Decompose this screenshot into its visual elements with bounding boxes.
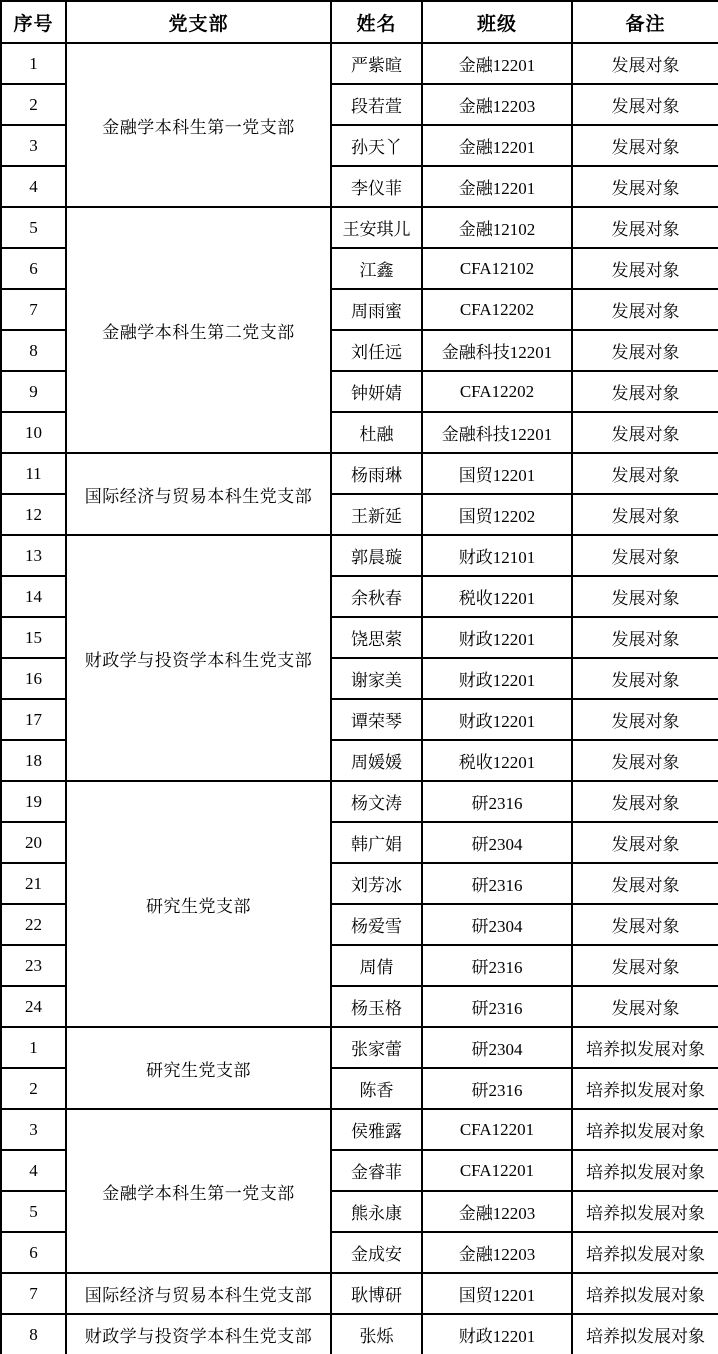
row-number-cell: 21	[1, 863, 66, 904]
row-number-cell: 5	[1, 1191, 66, 1232]
class-cell: CFA12202	[422, 371, 572, 412]
remark-cell: 发展对象	[572, 330, 718, 371]
row-number-cell: 1	[1, 43, 66, 84]
remark-cell: 发展对象	[572, 248, 718, 289]
table-row: 3金融学本科生第一党支部侯雅露CFA12201培养拟发展对象	[1, 1109, 718, 1150]
remark-cell: 发展对象	[572, 699, 718, 740]
row-number-cell: 16	[1, 658, 66, 699]
table-row: 11国际经济与贸易本科生党支部杨雨琳国贸12201发展对象	[1, 453, 718, 494]
branch-cell: 研究生党支部	[66, 781, 331, 1027]
table-body: 1金融学本科生第一党支部严紫暄金融12201发展对象2段若萱金融12203发展对…	[1, 43, 718, 1354]
name-cell: 张烁	[331, 1314, 422, 1354]
name-cell: 周雨蜜	[331, 289, 422, 330]
branch-cell: 金融学本科生第一党支部	[66, 1109, 331, 1273]
remark-cell: 发展对象	[572, 740, 718, 781]
class-cell: 金融12201	[422, 166, 572, 207]
name-cell: 金睿菲	[331, 1150, 422, 1191]
class-cell: CFA12202	[422, 289, 572, 330]
class-cell: 财政12101	[422, 535, 572, 576]
name-cell: 饶思萦	[331, 617, 422, 658]
remark-cell: 培养拟发展对象	[572, 1232, 718, 1273]
class-cell: 研2316	[422, 986, 572, 1027]
remark-cell: 发展对象	[572, 781, 718, 822]
header-class: 班级	[422, 1, 572, 43]
class-cell: 研2304	[422, 904, 572, 945]
row-number-cell: 22	[1, 904, 66, 945]
name-cell: 杨玉格	[331, 986, 422, 1027]
row-number-cell: 7	[1, 1273, 66, 1314]
remark-cell: 培养拟发展对象	[572, 1273, 718, 1314]
remark-cell: 发展对象	[572, 986, 718, 1027]
remark-cell: 培养拟发展对象	[572, 1109, 718, 1150]
header-branch: 党支部	[66, 1, 331, 43]
name-cell: 杨雨琳	[331, 453, 422, 494]
name-cell: 金成安	[331, 1232, 422, 1273]
class-cell: 税收12201	[422, 740, 572, 781]
branch-cell: 金融学本科生第一党支部	[66, 43, 331, 207]
remark-cell: 发展对象	[572, 43, 718, 84]
branch-cell: 金融学本科生第二党支部	[66, 207, 331, 453]
name-cell: 段若萱	[331, 84, 422, 125]
header-remark: 备注	[572, 1, 718, 43]
row-number-cell: 3	[1, 1109, 66, 1150]
header-name: 姓名	[331, 1, 422, 43]
party-roster-table: 序号 党支部 姓名 班级 备注 1金融学本科生第一党支部严紫暄金融12201发展…	[0, 0, 718, 1354]
name-cell: 杜融	[331, 412, 422, 453]
row-number-cell: 5	[1, 207, 66, 248]
row-number-cell: 13	[1, 535, 66, 576]
class-cell: 研2316	[422, 863, 572, 904]
class-cell: 财政12201	[422, 1314, 572, 1354]
remark-cell: 培养拟发展对象	[572, 1027, 718, 1068]
name-cell: 耿博研	[331, 1273, 422, 1314]
row-number-cell: 23	[1, 945, 66, 986]
row-number-cell: 15	[1, 617, 66, 658]
class-cell: CFA12201	[422, 1109, 572, 1150]
row-number-cell: 17	[1, 699, 66, 740]
remark-cell: 培养拟发展对象	[572, 1314, 718, 1354]
class-cell: 研2316	[422, 1068, 572, 1109]
class-cell: 金融12203	[422, 1232, 572, 1273]
remark-cell: 发展对象	[572, 412, 718, 453]
class-cell: 财政12201	[422, 699, 572, 740]
class-cell: 金融12201	[422, 125, 572, 166]
name-cell: 王安琪儿	[331, 207, 422, 248]
row-number-cell: 6	[1, 1232, 66, 1273]
branch-cell: 研究生党支部	[66, 1027, 331, 1109]
class-cell: 研2304	[422, 822, 572, 863]
name-cell: 韩广娟	[331, 822, 422, 863]
remark-cell: 培养拟发展对象	[572, 1150, 718, 1191]
remark-cell: 发展对象	[572, 84, 718, 125]
name-cell: 陈香	[331, 1068, 422, 1109]
class-cell: 金融12203	[422, 84, 572, 125]
branch-cell: 财政学与投资学本科生党支部	[66, 1314, 331, 1354]
remark-cell: 发展对象	[572, 125, 718, 166]
row-number-cell: 19	[1, 781, 66, 822]
header-index: 序号	[1, 1, 66, 43]
table-row: 19研究生党支部杨文涛研2316发展对象	[1, 781, 718, 822]
table-row: 1金融学本科生第一党支部严紫暄金融12201发展对象	[1, 43, 718, 84]
branch-cell: 财政学与投资学本科生党支部	[66, 535, 331, 781]
remark-cell: 发展对象	[572, 453, 718, 494]
row-number-cell: 24	[1, 986, 66, 1027]
name-cell: 王新延	[331, 494, 422, 535]
remark-cell: 发展对象	[572, 371, 718, 412]
class-cell: 财政12201	[422, 617, 572, 658]
name-cell: 张家蕾	[331, 1027, 422, 1068]
remark-cell: 培养拟发展对象	[572, 1191, 718, 1232]
name-cell: 刘任远	[331, 330, 422, 371]
class-cell: CFA12201	[422, 1150, 572, 1191]
remark-cell: 发展对象	[572, 863, 718, 904]
row-number-cell: 18	[1, 740, 66, 781]
row-number-cell: 9	[1, 371, 66, 412]
document-page: 序号 党支部 姓名 班级 备注 1金融学本科生第一党支部严紫暄金融12201发展…	[0, 0, 718, 1354]
name-cell: 杨爱雪	[331, 904, 422, 945]
row-number-cell: 6	[1, 248, 66, 289]
remark-cell: 发展对象	[572, 494, 718, 535]
name-cell: 周媛媛	[331, 740, 422, 781]
remark-cell: 发展对象	[572, 617, 718, 658]
row-number-cell: 10	[1, 412, 66, 453]
name-cell: 周倩	[331, 945, 422, 986]
class-cell: 财政12201	[422, 658, 572, 699]
class-cell: 金融科技12201	[422, 330, 572, 371]
name-cell: 郭晨璇	[331, 535, 422, 576]
name-cell: 杨文涛	[331, 781, 422, 822]
class-cell: 研2316	[422, 781, 572, 822]
name-cell: 李仪菲	[331, 166, 422, 207]
table-row: 1研究生党支部张家蕾研2304培养拟发展对象	[1, 1027, 718, 1068]
table-row: 5金融学本科生第二党支部王安琪儿金融12102发展对象	[1, 207, 718, 248]
class-cell: 国贸12201	[422, 1273, 572, 1314]
remark-cell: 发展对象	[572, 535, 718, 576]
name-cell: 严紫暄	[331, 43, 422, 84]
remark-cell: 发展对象	[572, 822, 718, 863]
remark-cell: 发展对象	[572, 904, 718, 945]
row-number-cell: 3	[1, 125, 66, 166]
name-cell: 熊永康	[331, 1191, 422, 1232]
class-cell: CFA12102	[422, 248, 572, 289]
row-number-cell: 4	[1, 166, 66, 207]
name-cell: 侯雅露	[331, 1109, 422, 1150]
row-number-cell: 2	[1, 84, 66, 125]
class-cell: 金融12201	[422, 43, 572, 84]
class-cell: 研2316	[422, 945, 572, 986]
class-cell: 税收12201	[422, 576, 572, 617]
name-cell: 谢家美	[331, 658, 422, 699]
table-row: 8财政学与投资学本科生党支部张烁财政12201培养拟发展对象	[1, 1314, 718, 1354]
name-cell: 余秋春	[331, 576, 422, 617]
class-cell: 金融科技12201	[422, 412, 572, 453]
table-row: 7国际经济与贸易本科生党支部耿博研国贸12201培养拟发展对象	[1, 1273, 718, 1314]
header-row: 序号 党支部 姓名 班级 备注	[1, 1, 718, 43]
class-cell: 金融12102	[422, 207, 572, 248]
row-number-cell: 20	[1, 822, 66, 863]
branch-cell: 国际经济与贸易本科生党支部	[66, 453, 331, 535]
name-cell: 孙天丫	[331, 125, 422, 166]
remark-cell: 发展对象	[572, 576, 718, 617]
remark-cell: 培养拟发展对象	[572, 1068, 718, 1109]
remark-cell: 发展对象	[572, 945, 718, 986]
row-number-cell: 4	[1, 1150, 66, 1191]
row-number-cell: 12	[1, 494, 66, 535]
name-cell: 谭荣琴	[331, 699, 422, 740]
remark-cell: 发展对象	[572, 207, 718, 248]
table-row: 13财政学与投资学本科生党支部郭晨璇财政12101发展对象	[1, 535, 718, 576]
row-number-cell: 11	[1, 453, 66, 494]
row-number-cell: 1	[1, 1027, 66, 1068]
class-cell: 国贸12202	[422, 494, 572, 535]
remark-cell: 发展对象	[572, 289, 718, 330]
row-number-cell: 8	[1, 1314, 66, 1354]
remark-cell: 发展对象	[572, 166, 718, 207]
branch-cell: 国际经济与贸易本科生党支部	[66, 1273, 331, 1314]
class-cell: 研2304	[422, 1027, 572, 1068]
row-number-cell: 14	[1, 576, 66, 617]
class-cell: 国贸12201	[422, 453, 572, 494]
remark-cell: 发展对象	[572, 658, 718, 699]
name-cell: 刘芳冰	[331, 863, 422, 904]
name-cell: 钟妍婧	[331, 371, 422, 412]
row-number-cell: 7	[1, 289, 66, 330]
name-cell: 江鑫	[331, 248, 422, 289]
row-number-cell: 2	[1, 1068, 66, 1109]
class-cell: 金融12203	[422, 1191, 572, 1232]
row-number-cell: 8	[1, 330, 66, 371]
